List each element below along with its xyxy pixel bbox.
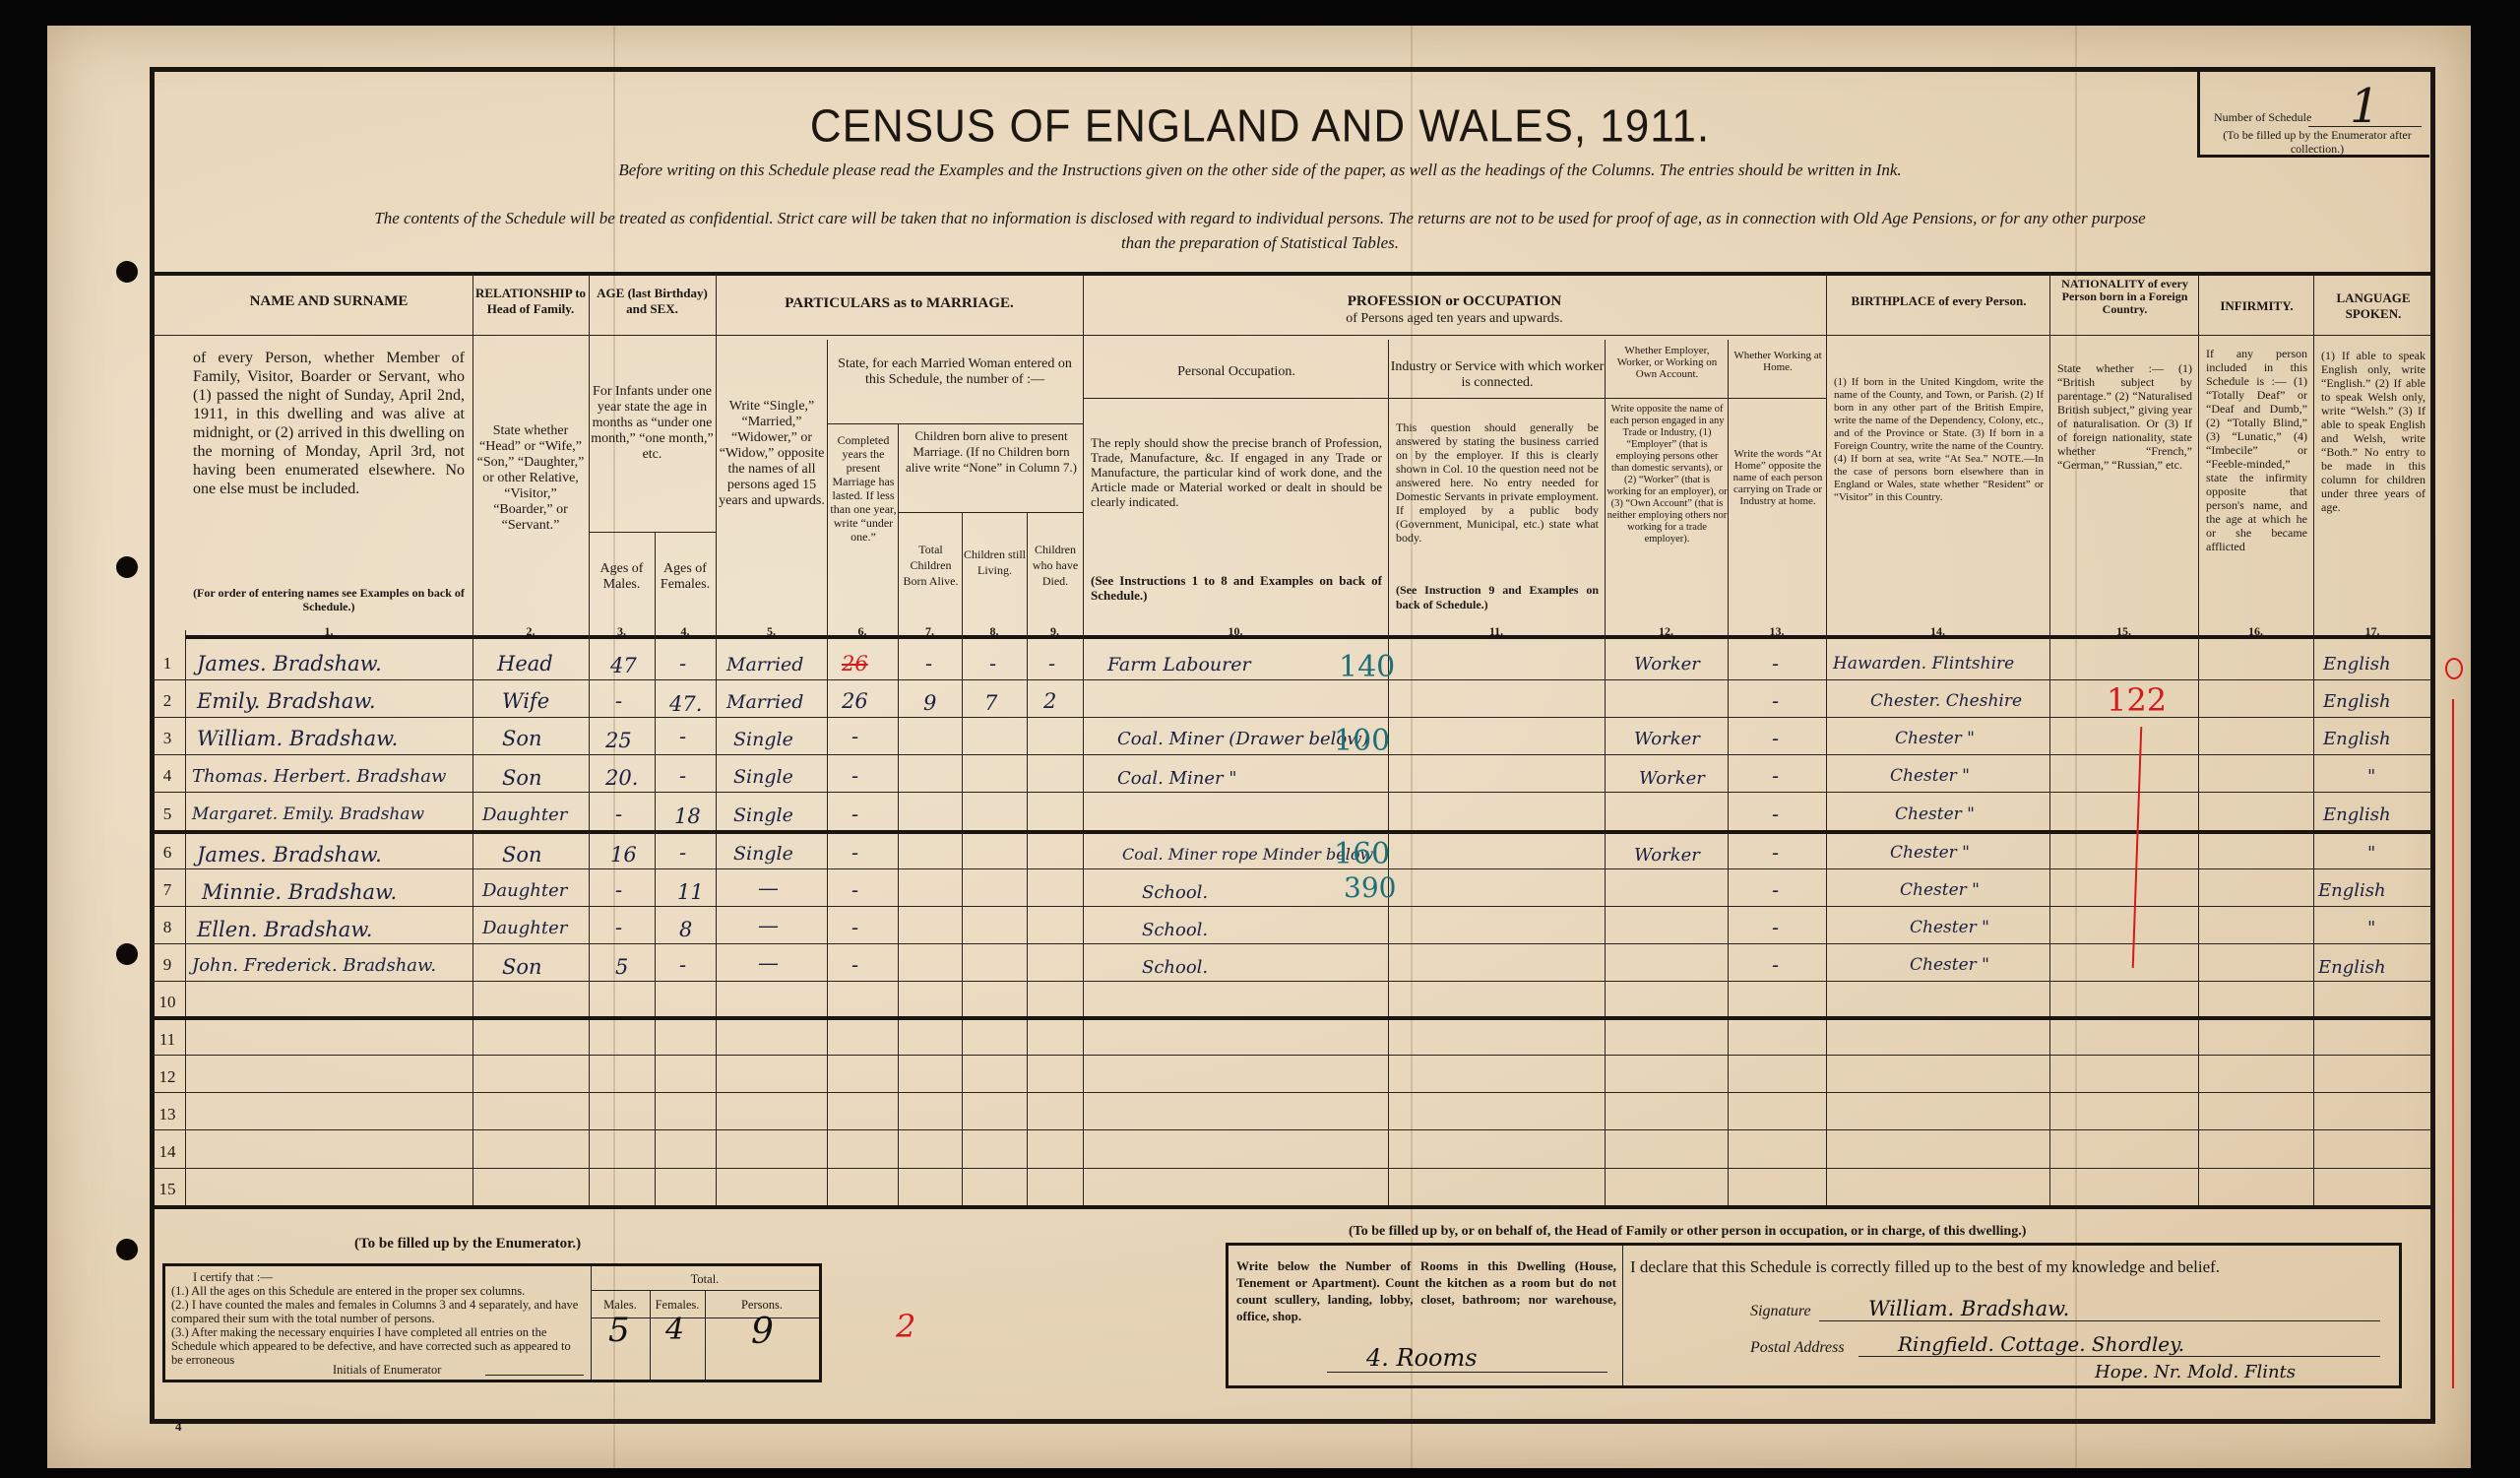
declaration: I declare that this Schedule is correctl… (1630, 1257, 2220, 1277)
cell-name[interactable]: James. Bradshaw. (197, 652, 382, 675)
cell-at-home[interactable]: - (1772, 878, 1779, 902)
cell-birthplace[interactable]: Chester " (1900, 880, 1980, 900)
row-number: 2 (153, 691, 182, 711)
cell-age-male[interactable]: 16 (610, 843, 637, 867)
cell-age-male[interactable]: - (615, 878, 622, 902)
cell-age-female[interactable]: - (679, 764, 686, 788)
females-label: Females. (650, 1298, 705, 1312)
header-personal-desc: The reply should show the precise branch… (1085, 433, 1388, 511)
cell-occupation[interactable]: School. (1142, 882, 1208, 903)
red-margin-line (2452, 699, 2454, 1388)
cell-birthplace[interactable]: Hawarden. Flintshire (1833, 654, 2014, 674)
column-number: 7. (898, 624, 962, 639)
header-name-note: (For order of entering names see Example… (187, 586, 471, 613)
cell-age-female[interactable]: - (679, 725, 686, 748)
cell-relationship[interactable]: Son (502, 727, 542, 750)
cell-birthplace[interactable]: Chester " (1890, 766, 1970, 786)
row-number: 8 (153, 918, 182, 937)
row-number: 15 (153, 1180, 182, 1199)
head-section-title: (To be filled up by, or on behalf of, th… (1349, 1224, 2026, 1240)
females-total[interactable]: 4 (665, 1323, 684, 1337)
row-number: 5 (153, 804, 182, 824)
punch-hole (116, 261, 138, 283)
cell-relationship[interactable]: Son (502, 766, 542, 790)
header-industry: Industry or Service with which worker is… (1390, 359, 1605, 391)
cell-language[interactable]: English (2318, 880, 2386, 901)
red-mark: 2 (896, 1308, 915, 1345)
cell-marital-status[interactable]: Married (726, 654, 803, 675)
header-birthplace: BIRTHPLACE of every Person. (1828, 293, 2049, 309)
occupation-code: 140 (1339, 650, 1395, 684)
page-number: 4 (175, 1419, 182, 1435)
row-number: 9 (153, 955, 182, 975)
cell-relationship[interactable]: Son (502, 843, 542, 867)
cell-marriage-years[interactable]: - (851, 764, 858, 788)
total-label: Total. (591, 1272, 819, 1286)
cell-age-female[interactable]: - (679, 953, 686, 977)
cell-language[interactable]: " (2367, 918, 2375, 938)
persons-label: Persons. (705, 1298, 819, 1312)
persons-total[interactable]: 9 (751, 1325, 774, 1339)
header-nationality-desc: State whether :— (1) “British subject by… (2051, 359, 2198, 474)
punch-hole (116, 556, 138, 578)
column-number: 12. (1605, 624, 1728, 639)
column-number: 4. (655, 624, 716, 639)
cell-age-male[interactable]: - (615, 803, 622, 826)
cell-name[interactable]: William. Bradshaw. (197, 727, 398, 750)
row-number: 13 (153, 1105, 182, 1125)
header-occupation: PROFESSION or OCCUPATION (1085, 293, 1824, 309)
header-ages-females: Ages of Females. (655, 561, 716, 593)
cell-age-male[interactable]: - (615, 689, 622, 713)
cell-born-alive[interactable]: 9 (923, 691, 936, 715)
header-industry-note: (See Instruction 9 and Examples on back … (1390, 581, 1605, 614)
column-number: 11. (1388, 624, 1605, 639)
head-section-box: Write below the Number of Rooms in this … (1226, 1243, 2402, 1388)
enumerator-item: (2.) I have counted the males and female… (171, 1298, 585, 1325)
males-label: Males. (591, 1298, 650, 1312)
cell-language[interactable]: English (2323, 729, 2391, 749)
column-number: 15. (2049, 624, 2198, 639)
cell-birthplace[interactable]: Chester " (1890, 843, 1970, 863)
header-name-desc: of every Person, whether Member of Famil… (187, 347, 471, 500)
header-infirmity-desc: If any person included in this Schedule … (2200, 345, 2313, 555)
cell-marriage-years[interactable]: - (851, 953, 858, 977)
cell-name[interactable]: John. Frederick. Bradshaw. (192, 955, 436, 976)
cell-birthplace[interactable]: Chester " (1895, 804, 1975, 824)
cell-occupation[interactable]: School. (1142, 957, 1208, 978)
cell-marital-status[interactable]: Single (733, 843, 793, 865)
address-label: Postal Address (1750, 1339, 1845, 1357)
cell-living[interactable]: 7 (984, 691, 997, 715)
initials-label: Initials of Enumerator (333, 1363, 441, 1377)
enumerator-certify: I certify that :— (193, 1270, 273, 1284)
cell-name[interactable]: Margaret. Emily. Bradshaw (192, 804, 424, 824)
cell-marital-status[interactable]: Single (733, 804, 793, 826)
initials-field[interactable] (485, 1375, 584, 1376)
enumerator-title: (To be filled up by the Enumerator.) (354, 1236, 581, 1253)
cell-marriage-years[interactable]: 26 (842, 689, 868, 713)
nationality-code: 122 (2107, 681, 2167, 719)
cell-relationship[interactable]: Daughter (482, 918, 567, 938)
header-language-desc: (1) If able to speak English only, write… (2315, 347, 2431, 516)
row-number: 3 (153, 729, 182, 748)
column-number: 6. (827, 624, 898, 639)
cell-at-home[interactable]: - (1772, 764, 1779, 788)
header-infirmity: INFIRMITY. (2200, 298, 2313, 314)
cell-marriage-years[interactable]: - (851, 803, 858, 826)
header-ages-males: Ages of Males. (591, 561, 653, 593)
row-number: 6 (153, 843, 182, 863)
column-number: 17. (2313, 624, 2431, 639)
header-marriage-status: Write “Single,” “Married,” “Widower,” or… (718, 399, 826, 509)
address-line-1[interactable]: Ringfield. Cottage. Shordley. (1898, 1332, 2184, 1356)
cell-age-male[interactable]: 25 (605, 729, 632, 752)
cell-name[interactable]: Emily. Bradshaw. (197, 689, 376, 713)
confidential-line: The contents of the Schedule will be tre… (0, 209, 2520, 228)
column-number: 8. (962, 624, 1027, 639)
schedule-number-note: (To be filled up by the Enumerator after… (2214, 128, 2421, 156)
cell-relationship[interactable]: Wife (502, 689, 549, 713)
cell-name[interactable]: Minnie. Bradshaw. (202, 880, 397, 904)
header-home: Whether Working at Home. (1730, 350, 1826, 373)
header-died: Children who have Died. (1028, 542, 1083, 589)
header-home-desc: Write the words “At Home” opposite the n… (1730, 448, 1826, 507)
signature-label: Signature (1750, 1303, 1811, 1320)
header-relationship-desc: State whether “Head” or “Wife,” “Son,” “… (474, 423, 587, 534)
cell-employer-worker[interactable]: Worker (1634, 845, 1700, 866)
header-marriage-years: Completed years the present Marriage has… (829, 433, 898, 544)
column-number: 16. (2198, 624, 2313, 639)
cell-living[interactable]: - (989, 652, 996, 675)
cell-died[interactable]: - (1048, 652, 1055, 675)
cell-name[interactable]: James. Bradshaw. (197, 843, 382, 867)
red-circle-mark (2445, 658, 2463, 679)
enumerator-item: (3.) After making the necessary enquirie… (171, 1325, 585, 1367)
row-number: 1 (153, 654, 182, 674)
cell-age-male[interactable]: 5 (615, 955, 628, 979)
cell-marital-status[interactable]: Married (726, 691, 803, 713)
cell-at-home[interactable]: - (1772, 841, 1779, 865)
occupation-code: 160 (1334, 837, 1390, 871)
cell-marital-status[interactable]: Single (733, 766, 793, 788)
cell-language[interactable]: " (2367, 766, 2375, 787)
confidential-line-2: than the preparation of Statistical Tabl… (0, 233, 2520, 253)
cell-language[interactable]: English (2323, 654, 2391, 675)
cell-born-alive[interactable]: - (925, 652, 932, 675)
header-marriage: PARTICULARS as to MARRIAGE. (718, 295, 1081, 311)
header-industry-desc: This question should generally be answer… (1390, 418, 1605, 546)
cell-birthplace[interactable]: Chester " (1910, 918, 1989, 937)
column-number: 14. (1826, 624, 2049, 639)
column-number: 1. (185, 624, 472, 639)
column-number: 5. (716, 624, 827, 639)
cell-language[interactable]: English (2323, 691, 2391, 712)
occupation-code: 390 (1344, 871, 1396, 904)
header-nationality: NATIONALITY of every Person born in a Fo… (2051, 278, 2198, 316)
header-age-desc: For Infants under one year state the age… (591, 384, 714, 463)
occupation-code: 100 (1334, 724, 1390, 758)
schedule-number-label: Number of Schedule (2214, 110, 2311, 125)
header-personal-occupation: Personal Occupation. (1085, 364, 1388, 380)
header-language: LANGUAGE SPOKEN. (2315, 290, 2431, 322)
row-number: 4 (153, 766, 182, 786)
cell-marital-status[interactable]: — (758, 914, 779, 937)
cell-marriage-years[interactable]: - (851, 725, 858, 748)
cell-birthplace[interactable]: Chester " (1910, 955, 1989, 975)
cell-birthplace[interactable]: Chester. Cheshire (1870, 691, 2022, 711)
cell-employer-worker[interactable]: Worker (1634, 654, 1700, 675)
cell-marital-status[interactable]: — (758, 951, 779, 975)
cell-name[interactable]: Thomas. Herbert. Bradshaw (192, 766, 446, 787)
header-married-woman: State, for each Married Woman entered on… (829, 356, 1081, 388)
header-still-living: Children still Living. (964, 546, 1026, 578)
cell-marriage-years[interactable]: - (851, 878, 858, 902)
cell-marriage-years[interactable]: - (851, 841, 858, 865)
punch-hole (116, 943, 138, 965)
column-number: 10. (1083, 624, 1388, 639)
cell-age-female[interactable]: - (679, 652, 686, 675)
cell-age-male[interactable]: 47 (610, 654, 637, 677)
cell-age-male[interactable]: 20. (605, 766, 638, 790)
cell-occupation[interactable]: Farm Labourer (1107, 654, 1251, 675)
cell-marital-status[interactable]: — (758, 876, 779, 900)
cell-at-home[interactable]: - (1772, 727, 1779, 750)
schedule-number-value[interactable]: 1 (2350, 79, 2380, 134)
column-number: 3. (589, 624, 655, 639)
cell-at-home[interactable]: - (1772, 689, 1779, 713)
cell-birthplace[interactable]: Chester " (1895, 729, 1975, 748)
cell-relationship[interactable]: Daughter (482, 804, 567, 825)
cell-employer-worker[interactable]: Worker (1639, 768, 1705, 789)
cell-marriage-years[interactable]: - (851, 916, 858, 939)
header-born-alive: Total Children Born Alive. (900, 542, 962, 589)
header-age: AGE (last Birthday) and SEX. (591, 286, 714, 317)
header-name: NAME AND SURNAME (185, 293, 472, 309)
schedule-number-box: Number of Schedule 1 (To be filled up by… (2197, 71, 2429, 158)
cell-language[interactable]: " (2367, 843, 2375, 864)
cell-age-female[interactable]: - (679, 841, 686, 865)
column-number: 13. (1728, 624, 1826, 639)
signature-value[interactable]: William. Bradshaw. (1868, 1297, 2069, 1320)
cell-age-male[interactable]: - (615, 916, 622, 939)
cell-relationship[interactable]: Head (497, 652, 553, 675)
cell-at-home[interactable]: - (1772, 652, 1779, 675)
document-title: CENSUS OF ENGLAND AND WALES, 1911. (0, 101, 2520, 154)
cell-age-female[interactable]: 47. (669, 692, 702, 716)
cell-employer-worker[interactable]: Worker (1634, 729, 1700, 749)
header-relationship: RELATIONSHIP to Head of Family. (474, 286, 587, 317)
cell-language[interactable]: English (2323, 804, 2391, 825)
row-number: 14 (153, 1142, 182, 1162)
header-personal-note: (See Instructions 1 to 8 and Examples on… (1085, 571, 1388, 605)
enumerator-box: I certify that :— (1.) All the ages on t… (162, 1263, 822, 1382)
column-number: 2. (472, 624, 589, 639)
header-occupation-sub: of Persons aged ten years and upwards. (1085, 311, 1824, 327)
cell-occupation[interactable]: Coal. Miner " (1117, 768, 1237, 789)
row-number: 10 (153, 993, 182, 1012)
cell-marital-status[interactable]: Single (733, 729, 793, 750)
header-employer-desc: Write opposite the name of each person e… (1606, 404, 1728, 546)
rooms-value[interactable]: 4. Rooms (1366, 1344, 1478, 1372)
instruction-line: Before writing on this Schedule please r… (0, 161, 2520, 180)
cell-died[interactable]: 2 (1043, 689, 1056, 713)
cell-at-home[interactable]: - (1772, 953, 1779, 977)
cell-age-female[interactable]: 18 (674, 804, 701, 828)
cell-marriage-years[interactable]: 26 (842, 652, 868, 675)
cell-age-female[interactable]: 8 (679, 918, 692, 941)
header-employer: Whether Employer, Worker, or Working on … (1606, 345, 1728, 380)
enumerator-item: (1.) All the ages on this Schedule are e… (171, 1284, 585, 1298)
cell-relationship[interactable]: Son (502, 955, 542, 979)
cell-at-home[interactable]: - (1772, 803, 1779, 826)
punch-hole (116, 1239, 138, 1260)
header-children: Children born alive to present Marriage.… (900, 428, 1083, 476)
cell-age-female[interactable]: 11 (677, 880, 704, 904)
cell-occupation[interactable]: School. (1142, 920, 1208, 940)
header-birthplace-desc: (1) If born in the United Kingdom, write… (1828, 374, 2049, 506)
row-number: 11 (153, 1030, 182, 1050)
row-number: 7 (153, 880, 182, 900)
cell-relationship[interactable]: Daughter (482, 880, 567, 901)
row-number: 12 (153, 1067, 182, 1087)
males-total[interactable]: 5 (608, 1323, 630, 1337)
cell-at-home[interactable]: - (1772, 916, 1779, 939)
address-line-2[interactable]: Hope. Nr. Mold. Flints (2095, 1362, 2296, 1382)
cell-name[interactable]: Ellen. Bradshaw. (197, 918, 372, 941)
cell-occupation[interactable]: Coal. Miner (Drawer below) (1117, 729, 1369, 749)
cell-language[interactable]: English (2318, 957, 2386, 978)
column-number: 9. (1027, 624, 1083, 639)
rooms-instruction: Write below the Number of Rooms in this … (1236, 1257, 1616, 1324)
